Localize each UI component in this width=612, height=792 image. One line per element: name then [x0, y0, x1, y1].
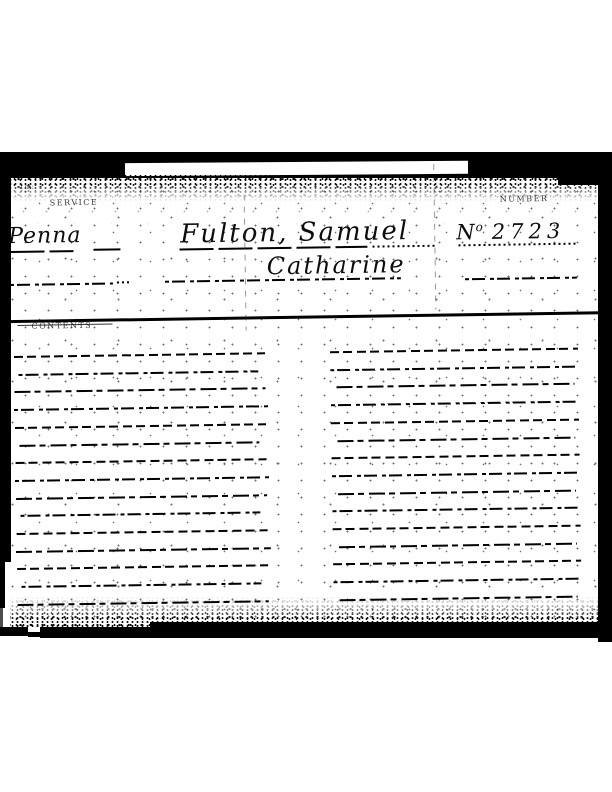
contents-lines: [0, 0, 612, 792]
ruled-line-right-segment: [333, 525, 581, 531]
ruled-line-right-segment: [340, 595, 578, 601]
ruled-line-left-segment: [19, 441, 259, 447]
content-ruled-line: [3, 524, 612, 535]
ruled-line-left-segment: [20, 512, 260, 518]
content-ruled-line: [1, 383, 612, 394]
ruled-line-left-segment: [15, 388, 266, 394]
content-ruled-line: [1, 400, 612, 411]
ruled-line-left-segment: [21, 582, 261, 588]
content-ruled-line: [3, 577, 612, 588]
ruled-line-left-segment: [16, 494, 267, 500]
ruled-line-left-segment: [14, 405, 269, 411]
ruled-line-right-segment: [333, 560, 581, 566]
scan-border-left-thin: [0, 604, 3, 628]
card-content: 1m: SERVICE NUMBER Penna Fulton, Samuel …: [0, 0, 612, 792]
ruled-line-right-segment: [332, 472, 580, 478]
content-ruled-line: [2, 471, 612, 482]
ruled-line-right-segment: [330, 365, 578, 371]
ruled-line-left-segment: [15, 423, 266, 429]
content-ruled-line: [1, 418, 612, 429]
ruled-line-left-segment: [14, 352, 265, 358]
ruled-line-right-segment: [331, 401, 579, 407]
ruled-line-right-segment: [332, 454, 580, 460]
ruled-line-right-segment: [336, 383, 574, 389]
scanned-document-page: 1m: SERVICE NUMBER Penna Fulton, Samuel …: [0, 0, 612, 792]
ruled-line-left-segment: [15, 476, 270, 482]
content-ruled-line: [2, 506, 612, 517]
ruled-line-right-segment: [332, 507, 580, 513]
ruled-line-right-segment: [330, 348, 578, 354]
content-ruled-line: [3, 542, 612, 553]
content-ruled-line: [0, 347, 612, 358]
content-ruled-line: [2, 489, 612, 500]
content-ruled-line: [2, 453, 612, 464]
ruled-line-right-segment: [339, 542, 577, 548]
ruled-line-right-segment: [338, 489, 576, 495]
ruled-line-left-segment: [18, 600, 269, 606]
ruled-line-right-segment: [333, 578, 581, 584]
content-ruled-line: [1, 436, 612, 447]
ruled-line-left-segment: [16, 547, 271, 553]
content-ruled-line: [0, 365, 612, 376]
ruled-line-left-segment: [18, 370, 258, 376]
content-ruled-line: [3, 559, 612, 570]
ruled-line-right-segment: [331, 418, 579, 424]
ruled-line-left-segment: [16, 458, 267, 464]
ruled-line-right-segment: [337, 436, 575, 442]
content-ruled-line: [4, 595, 612, 606]
ruled-line-left-segment: [17, 529, 268, 535]
ruled-line-left-segment: [17, 565, 268, 571]
